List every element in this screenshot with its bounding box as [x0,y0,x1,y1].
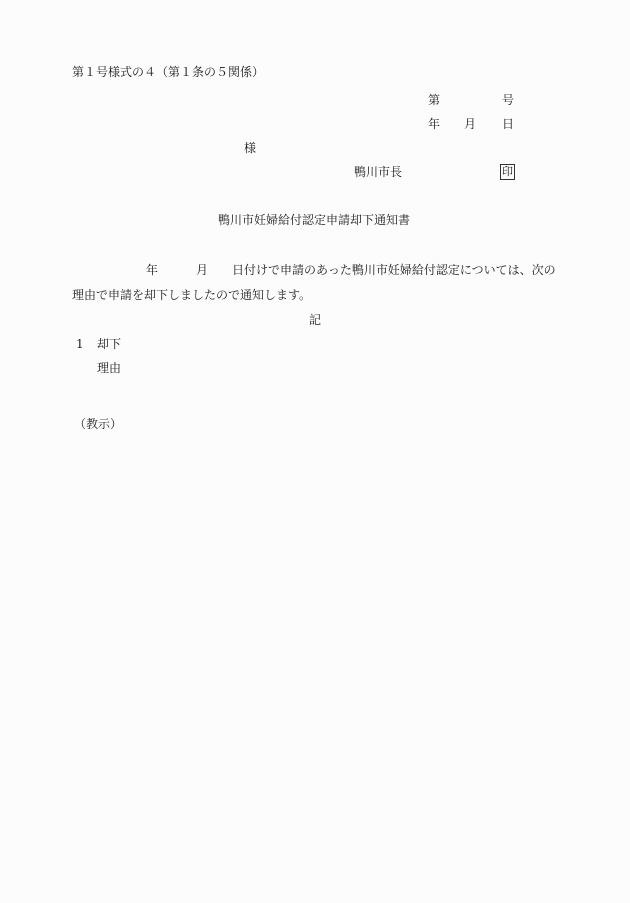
document-title: 鴨川市妊婦給付認定申請却下通知書 [218,213,410,227]
body-year: 年 [146,263,158,277]
date-month: 月 [464,117,476,131]
item-label: 却下 [97,337,121,351]
instruction-heading: （教示） [74,417,122,431]
document-number-suffix: 号 [502,93,514,107]
item-number: 1 [76,337,84,351]
date-day: 日 [502,117,514,131]
addressee-suffix: 様 [244,141,256,155]
seal-stamp: 印 [500,164,515,180]
issuer-name: 鴨川市長 [354,165,402,179]
body-line-2: 理由で申請を却下しましたので通知します。 [72,288,311,302]
body-line-1: 日付けで申請のあった鴨川市妊婦給付認定については、次の [232,263,556,277]
item-sub-label: 理由 [97,361,121,375]
document-number-prefix: 第 [428,93,440,107]
note-heading: 記 [309,313,321,327]
body-month: 月 [196,263,208,277]
form-number: 第１号様式の４（第１条の５関係） [72,65,264,79]
date-year: 年 [428,117,440,131]
